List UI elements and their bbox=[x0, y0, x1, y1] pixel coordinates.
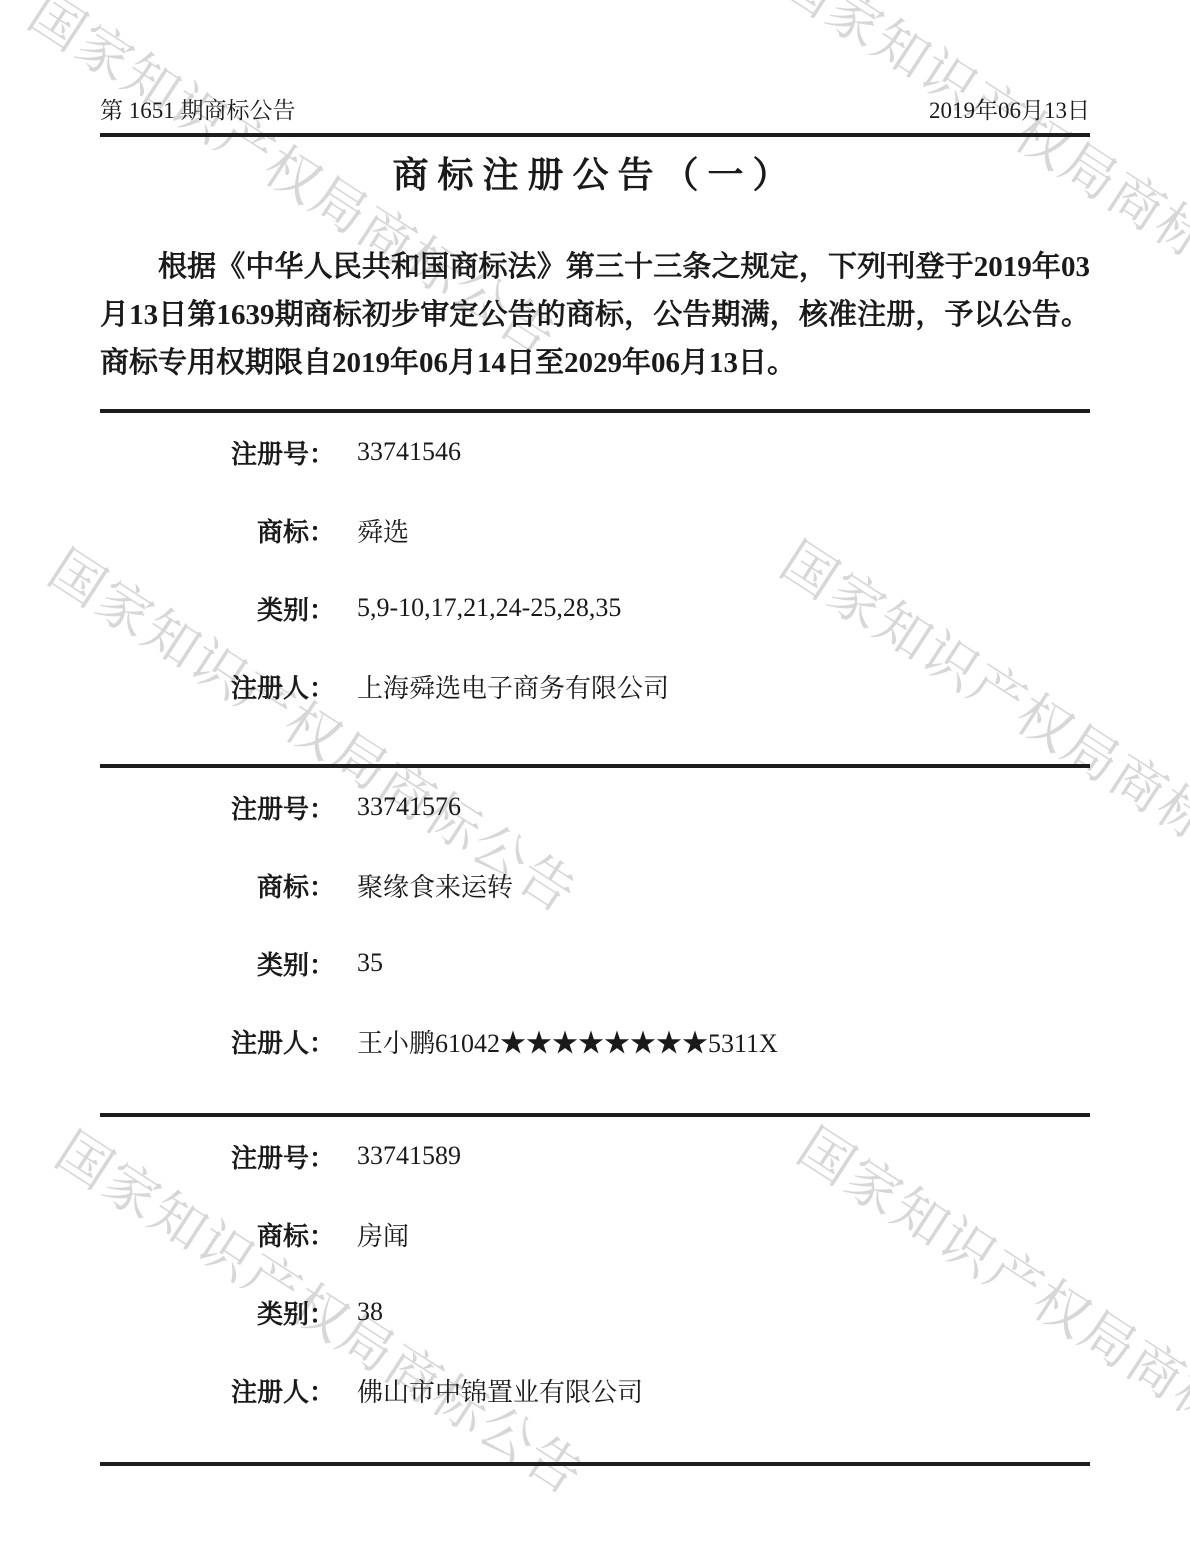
field-label: 类别： bbox=[100, 590, 335, 627]
field-label: 商标： bbox=[100, 512, 335, 549]
field-label: 注册号： bbox=[100, 789, 335, 826]
page-content: 第 1651 期商标公告 2019年06月13日 商标注册公告（一） 根据《中华… bbox=[100, 0, 1090, 1466]
field-registrant: 注册人： 王小鹏61042★★★★★★★★5311X bbox=[100, 1002, 1090, 1080]
field-class: 类别： 5,9-10,17,21,24-25,28,35 bbox=[100, 569, 1090, 647]
field-reg-no: 注册号： 33741546 bbox=[100, 413, 1090, 491]
field-value: 35 bbox=[357, 948, 383, 978]
header-issue: 第 1651 期商标公告 bbox=[100, 96, 296, 126]
field-value: 佛山市中锦置业有限公司 bbox=[357, 1372, 643, 1409]
divider bbox=[100, 1462, 1090, 1466]
field-value: 33741546 bbox=[357, 437, 461, 467]
trademark-record-3: 注册号： 33741589 商标： 房闻 类别： 38 注册人： 佛山市中锦置业… bbox=[100, 1117, 1090, 1462]
field-value: 上海舜选电子商务有限公司 bbox=[357, 668, 669, 705]
field-value: 王小鹏61042★★★★★★★★5311X bbox=[357, 1023, 778, 1060]
gazette-page: 国家知识产权局商标公告 国家知识产权局商标公告 国家知识产权局商标公告 国家知识… bbox=[0, 0, 1190, 1564]
field-label: 注册人： bbox=[100, 1372, 335, 1409]
field-registrant: 注册人： 佛山市中锦置业有限公司 bbox=[100, 1351, 1090, 1429]
page-header: 第 1651 期商标公告 2019年06月13日 bbox=[100, 0, 1090, 126]
field-value: 33741589 bbox=[357, 1141, 461, 1171]
field-label: 注册人： bbox=[100, 1023, 335, 1060]
divider bbox=[100, 133, 1090, 137]
field-mark: 商标： 舜选 bbox=[100, 491, 1090, 569]
field-label: 类别： bbox=[100, 945, 335, 982]
field-registrant: 注册人： 上海舜选电子商务有限公司 bbox=[100, 647, 1090, 725]
field-mark: 商标： 聚缘食来运转 bbox=[100, 846, 1090, 924]
field-value: 房闻 bbox=[357, 1216, 409, 1253]
page-title: 商标注册公告（一） bbox=[100, 151, 1090, 199]
field-reg-no: 注册号： 33741576 bbox=[100, 768, 1090, 846]
trademark-record-1: 注册号： 33741546 商标： 舜选 类别： 5,9-10,17,21,24… bbox=[100, 413, 1090, 764]
field-label: 注册号： bbox=[100, 1138, 335, 1175]
field-reg-no: 注册号： 33741589 bbox=[100, 1117, 1090, 1195]
field-value: 33741576 bbox=[357, 792, 461, 822]
field-label: 商标： bbox=[100, 1216, 335, 1253]
field-class: 类别： 38 bbox=[100, 1273, 1090, 1351]
intro-paragraph: 根据《中华人民共和国商标法》第三十三条之规定，下列刊登于2019年03月13日第… bbox=[100, 243, 1090, 387]
field-value: 38 bbox=[357, 1297, 383, 1327]
field-value: 聚缘食来运转 bbox=[357, 867, 513, 904]
field-value: 舜选 bbox=[357, 512, 409, 549]
field-label: 商标： bbox=[100, 867, 335, 904]
field-label: 注册人： bbox=[100, 668, 335, 705]
field-label: 类别： bbox=[100, 1294, 335, 1331]
field-label: 注册号： bbox=[100, 434, 335, 471]
trademark-record-2: 注册号： 33741576 商标： 聚缘食来运转 类别： 35 注册人： 王小鹏… bbox=[100, 768, 1090, 1113]
header-date: 2019年06月13日 bbox=[929, 96, 1090, 126]
field-class: 类别： 35 bbox=[100, 924, 1090, 1002]
field-mark: 商标： 房闻 bbox=[100, 1195, 1090, 1273]
field-value: 5,9-10,17,21,24-25,28,35 bbox=[357, 593, 621, 623]
